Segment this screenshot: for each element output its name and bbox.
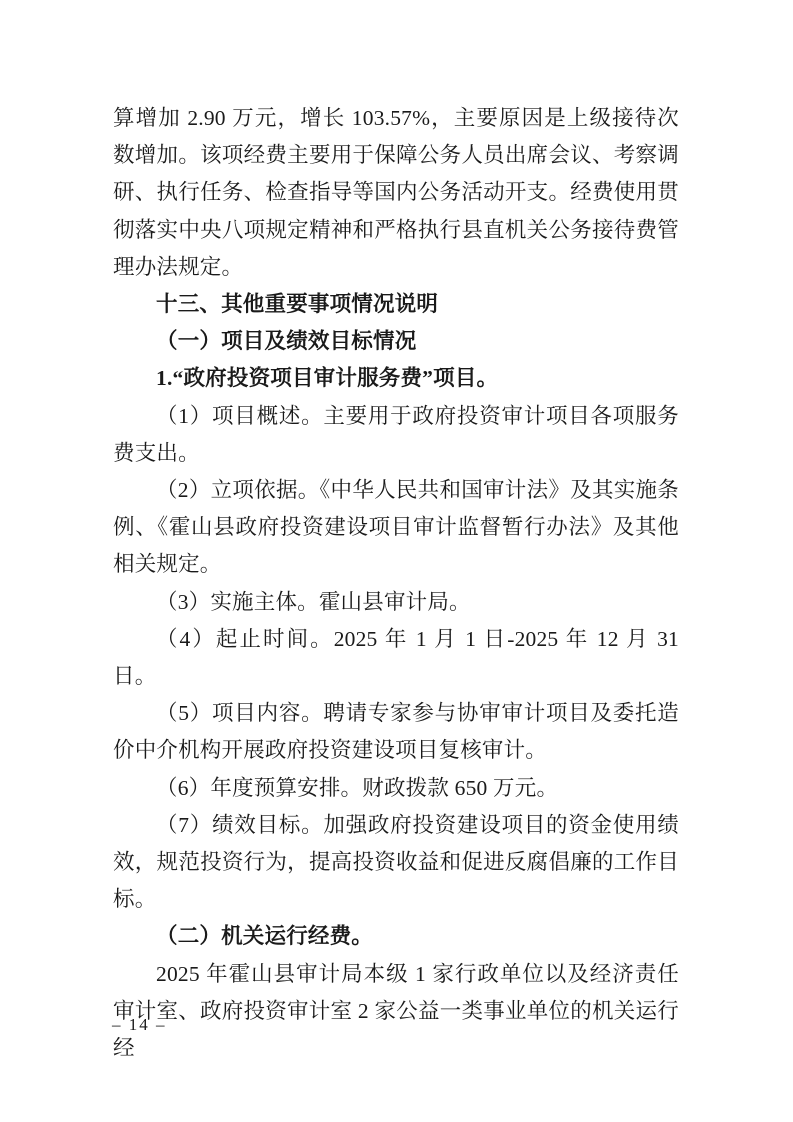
document-page: 算增加 2.90 万元，增长 103.57%，主要原因是上级接待次数增加。该项经… — [0, 0, 793, 1122]
paragraph-3-implementing-entity: （3）实施主体。霍山县审计局。 — [113, 584, 679, 621]
heading-section-13-other-important-matters: 十三、其他重要事项情况说明 — [113, 286, 679, 323]
page-footer: – 14 – — [112, 1014, 167, 1036]
document-body: 算增加 2.90 万元，增长 103.57%，主要原因是上级接待次数增加。该项经… — [113, 100, 679, 1067]
paragraph-5-project-content: （5）项目内容。聘请专家参与协审审计项目及委托造价中介机构开展政府投资建设项目复… — [113, 695, 679, 769]
paragraph-7-performance-goals: （7）绩效目标。加强政府投资建设项目的资金使用绩效，规范投资行为，提高投资收益和… — [113, 807, 679, 919]
paragraph-1-project-overview: （1）项目概述。主要用于政府投资审计项目各项服务费支出。 — [113, 398, 679, 472]
page-number: – 14 – — [112, 1015, 167, 1034]
paragraph-agency-operating-expense-intro: 2025 年霍山县审计局本级 1 家行政单位以及经济责任审计室、政府投资审计室 … — [113, 956, 679, 1068]
heading-subsection-2-agency-operating-expense: （二）机关运行经费。 — [113, 918, 679, 955]
heading-subsection-1-projects-and-performance-goals: （一）项目及绩效目标情况 — [113, 323, 679, 360]
paragraph-hospitality-expense-note: 算增加 2.90 万元，增长 103.57%，主要原因是上级接待次数增加。该项经… — [113, 100, 679, 286]
paragraph-4-start-end-time: （4）起止时间。2025 年 1 月 1 日-2025 年 12 月 31 日。 — [113, 621, 679, 695]
paragraph-6-annual-budget-arrangement: （6）年度预算安排。财政拨款 650 万元。 — [113, 770, 679, 807]
heading-item-1-govt-investment-audit-service-fee-project: 1.“政府投资项目审计服务费”项目。 — [113, 360, 679, 397]
paragraph-2-approval-basis: （2）立项依据。《中华人民共和国审计法》及其实施条例、《霍山县政府投资建设项目审… — [113, 472, 679, 584]
